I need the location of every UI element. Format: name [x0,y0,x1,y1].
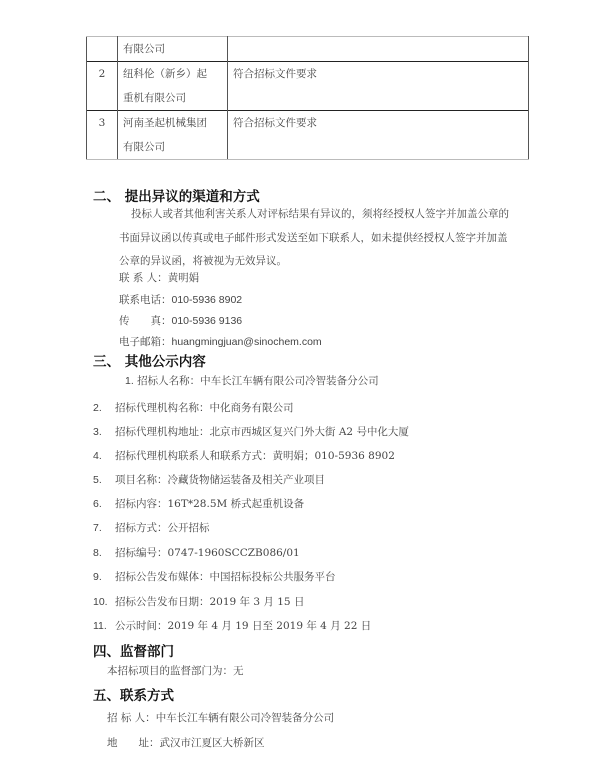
list-item: 11.公示时间：2019 年 4 月 19 日至 2019 年 4 月 22 日 [93,618,371,633]
paragraph-line: 书面异议函以传真或电子邮件形式发送至如下联系人，如未提供经授权人签字并加盖 [119,230,508,245]
table-row: 3 河南圣起机械集团 有限公司 符合招标文件要求 [87,111,529,160]
list-item: 10.招标公告发布日期：2019 年 3 月 15 日 [93,594,304,609]
supervision-text: 本招标项目的监督部门为：无 [107,663,244,678]
paragraph-line: 投标人或者其他利害关系人对评标结果有异议的，须将经授权人签字并加盖公章的 [131,206,509,221]
list-item: 3.招标代理机构地址：北京市西城区复兴门外大街 A2 号中化大厦 [93,424,409,439]
email-link[interactable]: huangmingjuan@sinochem.com [172,336,322,348]
list-item: 9.招标公告发布媒体：中国招标投标公共服务平台 [93,569,336,584]
list-item: 7.招标方式：公开招标 [93,520,210,535]
review-result [228,37,529,62]
bidder-name: 纽科伦（新乡）起 重机有限公司 [118,62,228,111]
review-result: 符合招标文件要求 [228,111,529,160]
bidder-name: 河南圣起机械集团 有限公司 [118,111,228,160]
contact-phone: 联系电话：010-5936 8902 [119,292,242,307]
bidder-name: 有限公司 [118,37,228,62]
paragraph-line: 公章的异议函，将被视为无效异议。 [119,253,287,268]
list-item: 5.项目名称：冷藏货物储运装备及相关产业项目 [93,472,325,487]
row-number [87,37,118,62]
contact-person: 联 系 人：黄明娟 [119,270,199,285]
section-heading-contact: 五、联系方式 [93,684,174,704]
row-number: 3 [87,111,118,160]
contact-fax: 传 真：010-5936 9136 [119,313,242,328]
row-number: 2 [87,62,118,111]
contact-email: 电子邮箱：huangmingjuan@sinochem.com [119,334,322,349]
list-item: 4.招标代理机构联系人和联系方式：黄明娟；010-5936 8902 [93,448,395,463]
list-item: 6.招标内容：16T*28.5M 桥式起重机设备 [93,496,304,511]
table-row: 2 纽科伦（新乡）起 重机有限公司 符合招标文件要求 [87,62,529,111]
list-item: 8.招标编号：0747-1960SCCZB086/01 [93,545,300,560]
review-result: 符合招标文件要求 [228,62,529,111]
section-heading-supervision: 四、监督部门 [93,640,174,660]
list-item: 2.招标代理机构名称：中化商务有限公司 [93,400,294,415]
list-item: 1. 招标人名称：中车长江车辆有限公司冷智装备分公司 [125,373,379,388]
table-row: 有限公司 [87,37,529,62]
section-heading-objection-channels: 二、 提出异议的渠道和方式 [93,185,260,205]
bid-evaluation-table: 有限公司 2 纽科伦（新乡）起 重机有限公司 符合招标文件要求 3 河南圣起机械… [86,36,529,160]
section-heading-other-info: 三、 其他公示内容 [93,350,206,370]
tenderer-line: 招 标 人：中车长江车辆有限公司冷智装备分公司 [107,710,334,725]
address-line: 地 址：武汉市江夏区大桥新区 [107,735,265,750]
